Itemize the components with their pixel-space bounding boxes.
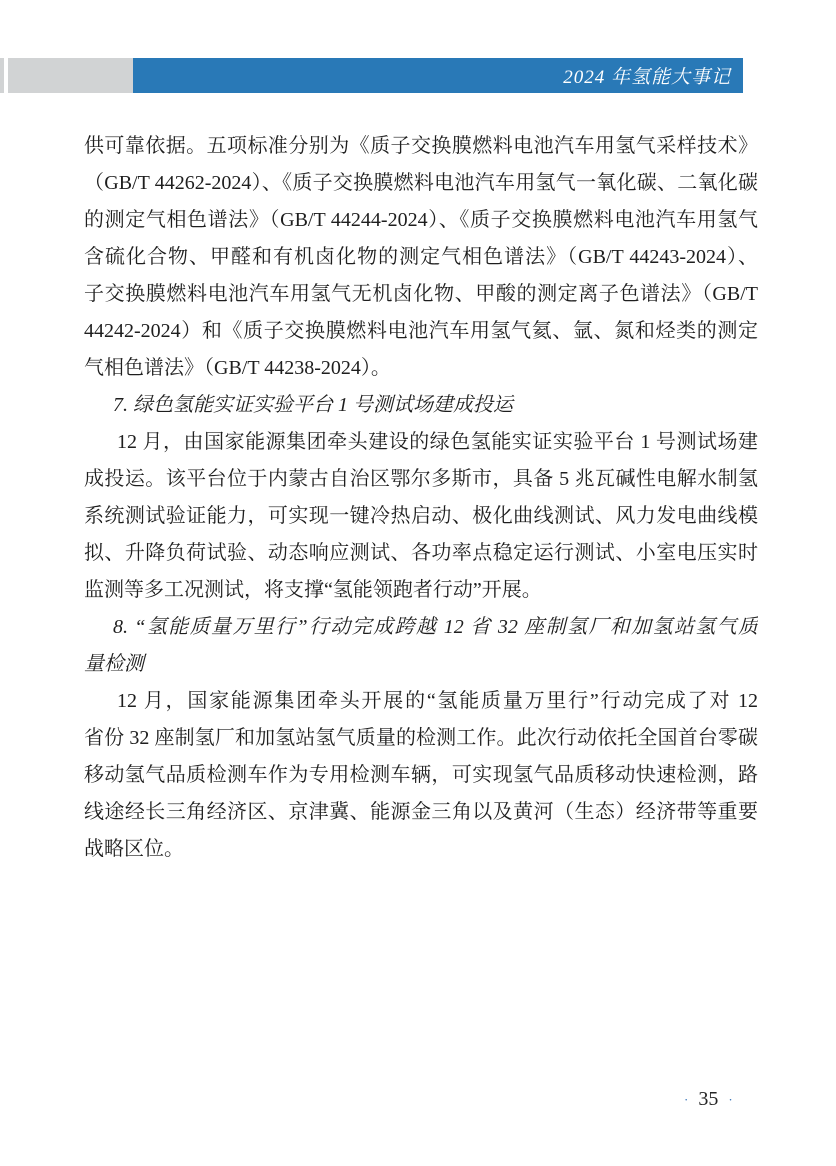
footer-right-dot: · — [728, 1093, 732, 1106]
paragraph-line: （GB/T 44262-2024）、《质子交换膜燃料电池汽车用氢气一氧化碳、二氧… — [84, 165, 758, 202]
paragraph-line: 44242-2024）和《质子交换膜燃料电池汽车用氢气氦、氩、氮和烃类的测定 — [84, 313, 758, 350]
paragraph-line: 省份 32 座制氢厂和加氢站氢气质量的检测工作。此次行动依托全国首台零碳 — [84, 720, 758, 757]
paragraph-line: 气相色谱法》（GB/T 44238-2024）。 — [84, 350, 758, 387]
paragraph-line: 监测等多工况测试，将支撑“氢能领跑者行动”开展。 — [84, 572, 758, 609]
paragraph-line: 拟、升降负荷试验、动态响应测试、各功率点稳定运行测试、小室电压实时 — [84, 535, 758, 572]
paragraph-line: 系统测试验证能力，可实现一键冷热启动、极化曲线测试、风力发电曲线模 — [84, 498, 758, 535]
header-bar: 2024 年氢能大事记 — [133, 58, 743, 93]
paragraph-line: 12 月，国家能源集团牵头开展的“氢能质量万里行”行动完成了对 12 — [84, 683, 758, 720]
header-title: 2024 年氢能大事记 — [563, 62, 731, 89]
page-number: 35 — [698, 1089, 718, 1109]
paragraph-line: 线途经长三角经济区、京津冀、能源金三角以及黄河（生态）经济带等重要 — [84, 794, 758, 831]
page-number-footer: · 35 · — [684, 1086, 733, 1112]
section-heading-7: 7. 绿色氢能实证实验平台 1 号测试场建成投运 — [84, 387, 758, 424]
paragraph-line: 子交换膜燃料电池汽车用氢气无机卤化物、甲酸的测定离子色谱法》（GB/T — [84, 276, 758, 313]
footer-left-dot: · — [684, 1093, 688, 1106]
section-heading-8: 8. “氢能质量万里行”行动完成跨越 12 省 32 座制氢厂和加氢站氢气质 — [84, 609, 758, 646]
header-edge-decoration — [0, 58, 4, 93]
document-page: 2024 年氢能大事记 供可靠依据。五项标准分别为《质子交换膜燃料电池汽车用氢气… — [0, 0, 836, 1166]
paragraph-line: 供可靠依据。五项标准分别为《质子交换膜燃料电池汽车用氢气采样技术》 — [84, 128, 758, 165]
body-text-block: 供可靠依据。五项标准分别为《质子交换膜燃料电池汽车用氢气采样技术》 （GB/T … — [84, 128, 758, 868]
paragraph-line: 12 月，由国家能源集团牵头建设的绿色氢能实证实验平台 1 号测试场建 — [84, 424, 758, 461]
paragraph-line: 移动氢气品质检测车作为专用检测车辆，可实现氢气品质移动快速检测，路 — [84, 757, 758, 794]
paragraph-line: 含硫化合物、甲醛和有机卤化物的测定气相色谱法》（GB/T 44243-2024）… — [84, 239, 758, 276]
section-heading-8-continued: 量检测 — [84, 646, 758, 683]
header-gray-tab — [8, 58, 133, 93]
paragraph-line: 的测定气相色谱法》（GB/T 44244-2024）、《质子交换膜燃料电池汽车用… — [84, 202, 758, 239]
paragraph-line: 战略区位。 — [84, 831, 758, 868]
paragraph-line: 成投运。该平台位于内蒙古自治区鄂尔多斯市，具备 5 兆瓦碱性电解水制氢 — [84, 461, 758, 498]
